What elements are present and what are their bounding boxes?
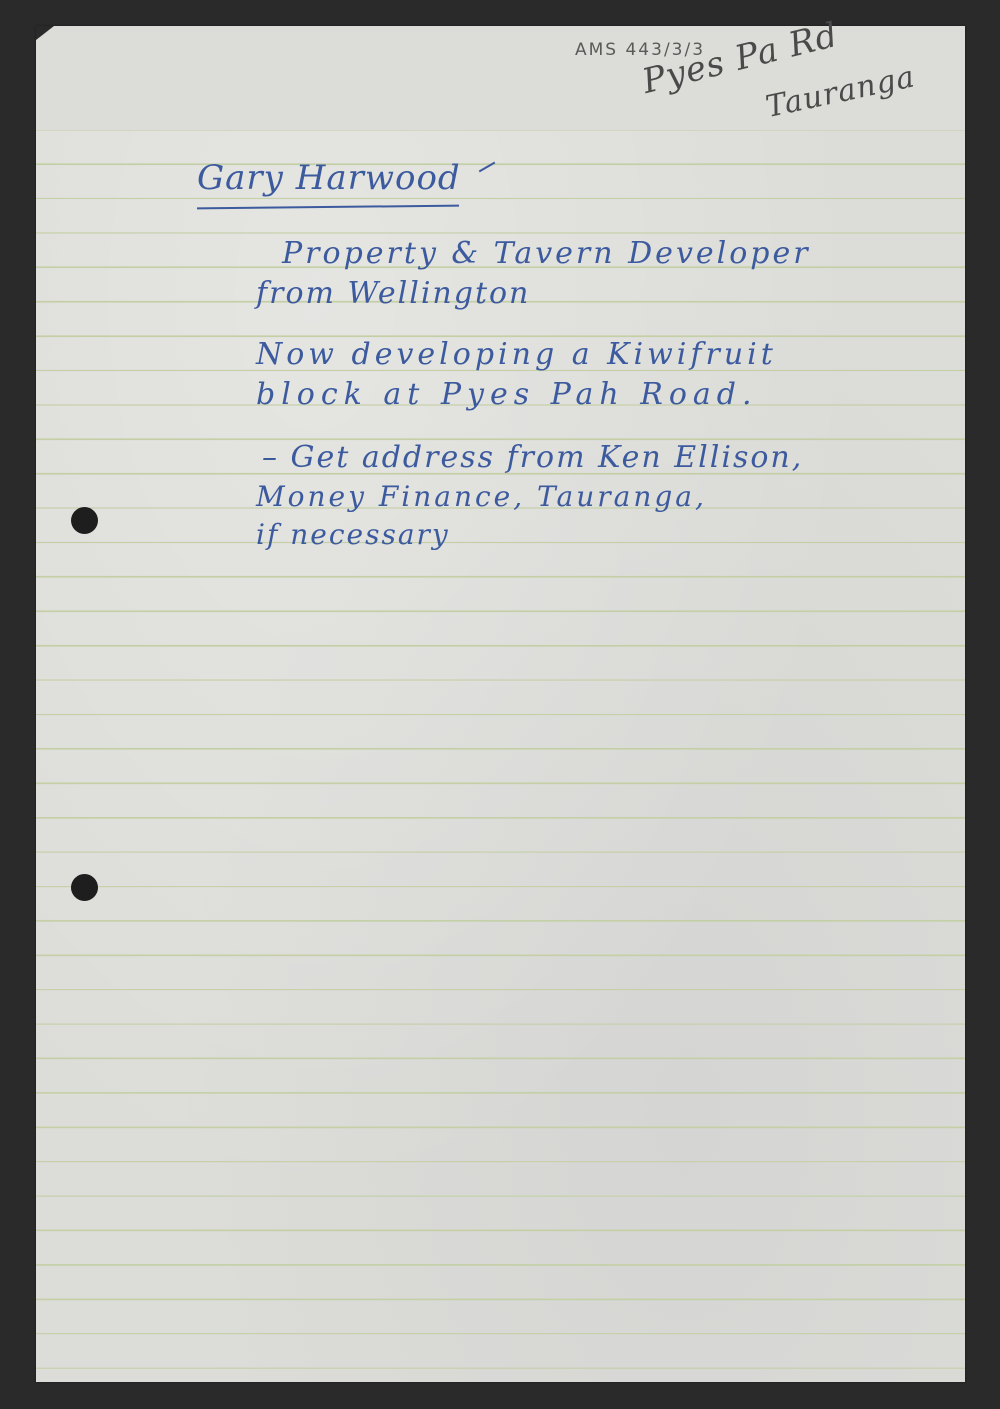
note-line-6: Money Finance, Tauranga,: [256, 480, 707, 513]
ruled-paper-sheet: [36, 26, 965, 1382]
note-line-2: from Wellington: [256, 276, 530, 311]
note-line-7: if necessary: [256, 518, 450, 551]
punch-hole-bottom: [71, 874, 98, 901]
note-line-3: Now developing a Kiwifruit: [256, 337, 777, 372]
note-line-1: Property & Tavern Developer: [282, 236, 811, 271]
folded-corner: [36, 26, 54, 40]
heading-name: Gary Harwood: [197, 158, 461, 198]
note-line-4: block at Pyes Pah Road.: [256, 377, 758, 412]
punch-hole-top: [71, 507, 98, 534]
note-line-5: – Get address from Ken Ellison,: [262, 440, 803, 475]
